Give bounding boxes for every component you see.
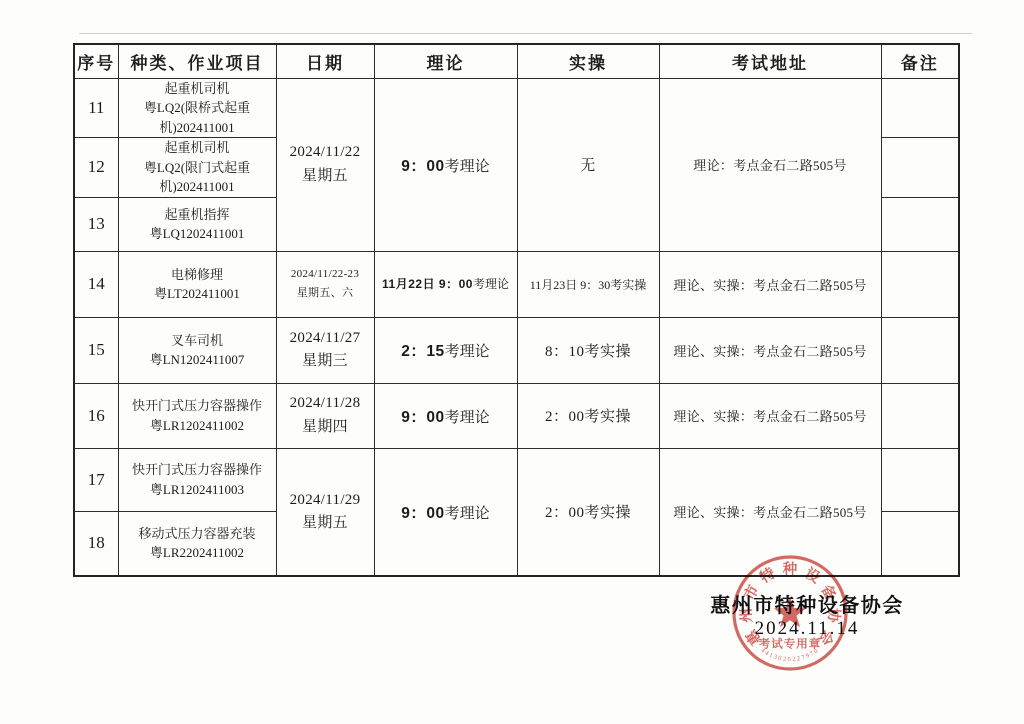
remark-cell bbox=[881, 448, 959, 511]
remark-cell bbox=[881, 511, 959, 576]
theory-time: 9：00 bbox=[401, 409, 444, 426]
header-remark: 备注 bbox=[881, 44, 959, 78]
practical-cell: 11月23日 9：30考实操 bbox=[517, 251, 659, 317]
row-no: 17 bbox=[74, 448, 118, 511]
date-cell: 2024/11/22 星期五 bbox=[276, 78, 374, 251]
date-cell: 2024/11/27 星期三 bbox=[276, 317, 374, 383]
table-row: 15 叉车司机 粤LN1202411007 2024/11/27 星期三 2：1… bbox=[74, 317, 959, 383]
theory-cell: 9：00考理论 bbox=[374, 383, 517, 448]
row-no: 18 bbox=[74, 511, 118, 576]
practical-cell: 2：00考实操 bbox=[517, 383, 659, 448]
remark-cell bbox=[881, 138, 959, 198]
issuer-org-name: 惠州市特种设备协会 bbox=[687, 589, 927, 618]
theory-time: 2：15 bbox=[401, 343, 444, 360]
theory-suffix: 考理论 bbox=[445, 506, 490, 522]
table-row: 11 起重机司机 粤LQ2(限桥式起重 机)202411001 2024/11/… bbox=[74, 78, 959, 138]
table-row: 14 电梯修理 粤LT202411001 2024/11/22-23 星期五、六… bbox=[74, 251, 959, 317]
row-no: 12 bbox=[74, 138, 118, 198]
remark-cell bbox=[881, 197, 959, 251]
theory-cell: 11月22日 9：00考理论 bbox=[374, 251, 517, 317]
address-cell: 理论、实操：考点金石二路505号 bbox=[659, 317, 881, 383]
practical-cell: 无 bbox=[517, 78, 659, 251]
theory-time: 9：00 bbox=[401, 158, 444, 175]
address-cell: 理论：考点金石二路505号 bbox=[659, 78, 881, 251]
header-row: 序号 种类、作业项目 日期 理论 实操 考试地址 备注 bbox=[74, 44, 959, 78]
theory-cell: 9：00考理论 bbox=[374, 78, 517, 251]
theory-cell: 9：00考理论 bbox=[374, 448, 517, 576]
project-cell: 起重机指挥 粤LQ1202411001 bbox=[118, 197, 276, 251]
project-cell: 起重机司机 粤LQ2(限桥式起重 机)202411001 bbox=[118, 78, 276, 138]
theory-time: 9：00 bbox=[401, 505, 444, 522]
theory-suffix: 考理论 bbox=[445, 159, 490, 175]
exam-schedule-table: 序号 种类、作业项目 日期 理论 实操 考试地址 备注 11 起重机司机 粤LQ… bbox=[73, 43, 960, 577]
table-row: 17 快开门式压力容器操作 粤LR1202411003 2024/11/29 星… bbox=[74, 448, 959, 511]
row-no: 13 bbox=[74, 197, 118, 251]
seal-arc-char: 种 bbox=[782, 560, 798, 578]
theory-suffix: 考理论 bbox=[445, 344, 490, 360]
address-cell: 理论、实操：考点金石二路505号 bbox=[659, 383, 881, 448]
header-project: 种类、作业项目 bbox=[118, 44, 276, 78]
remark-cell bbox=[881, 251, 959, 317]
row-no: 15 bbox=[74, 317, 118, 383]
practical-cell: 8：10考实操 bbox=[517, 317, 659, 383]
project-cell: 叉车司机 粤LN1202411007 bbox=[118, 317, 276, 383]
row-no: 16 bbox=[74, 383, 118, 448]
scan-artifact-line bbox=[79, 33, 972, 34]
row-no: 11 bbox=[74, 78, 118, 138]
project-cell: 电梯修理 粤LT202411001 bbox=[118, 251, 276, 317]
header-address: 考试地址 bbox=[659, 44, 881, 78]
remark-cell bbox=[881, 383, 959, 448]
address-cell: 理论、实操：考点金石二路505号 bbox=[659, 251, 881, 317]
date-cell: 2024/11/22-23 星期五、六 bbox=[276, 251, 374, 317]
remark-cell bbox=[881, 78, 959, 138]
project-cell: 移动式压力容器充装 粤LR2202411002 bbox=[118, 511, 276, 576]
practical-cell: 2：00考实操 bbox=[517, 448, 659, 576]
row-no: 14 bbox=[74, 251, 118, 317]
table-row: 16 快开门式压力容器操作 粤LR1202411002 2024/11/28 星… bbox=[74, 383, 959, 448]
theory-suffix: 考理论 bbox=[445, 410, 490, 426]
header-theory: 理论 bbox=[374, 44, 517, 78]
theory-time: 11月22日 9：00 bbox=[382, 277, 473, 291]
project-cell: 起重机司机 粤LQ2(限门式起重 机)202411001 bbox=[118, 138, 276, 198]
header-no: 序号 bbox=[74, 44, 118, 78]
remark-cell bbox=[881, 317, 959, 383]
date-cell: 2024/11/28 星期四 bbox=[276, 383, 374, 448]
theory-cell: 2：15考理论 bbox=[374, 317, 517, 383]
project-cell: 快开门式压力容器操作 粤LR1202411003 bbox=[118, 448, 276, 511]
seal-arc-char: 特 bbox=[757, 564, 779, 586]
issue-date: 2024.11.14 bbox=[687, 618, 927, 640]
theory-suffix: 考理论 bbox=[473, 277, 509, 291]
header-practical: 实操 bbox=[517, 44, 659, 78]
date-cell: 2024/11/29 星期五 bbox=[276, 448, 374, 576]
header-date: 日期 bbox=[276, 44, 374, 78]
project-cell: 快开门式压力容器操作 粤LR1202411002 bbox=[118, 383, 276, 448]
